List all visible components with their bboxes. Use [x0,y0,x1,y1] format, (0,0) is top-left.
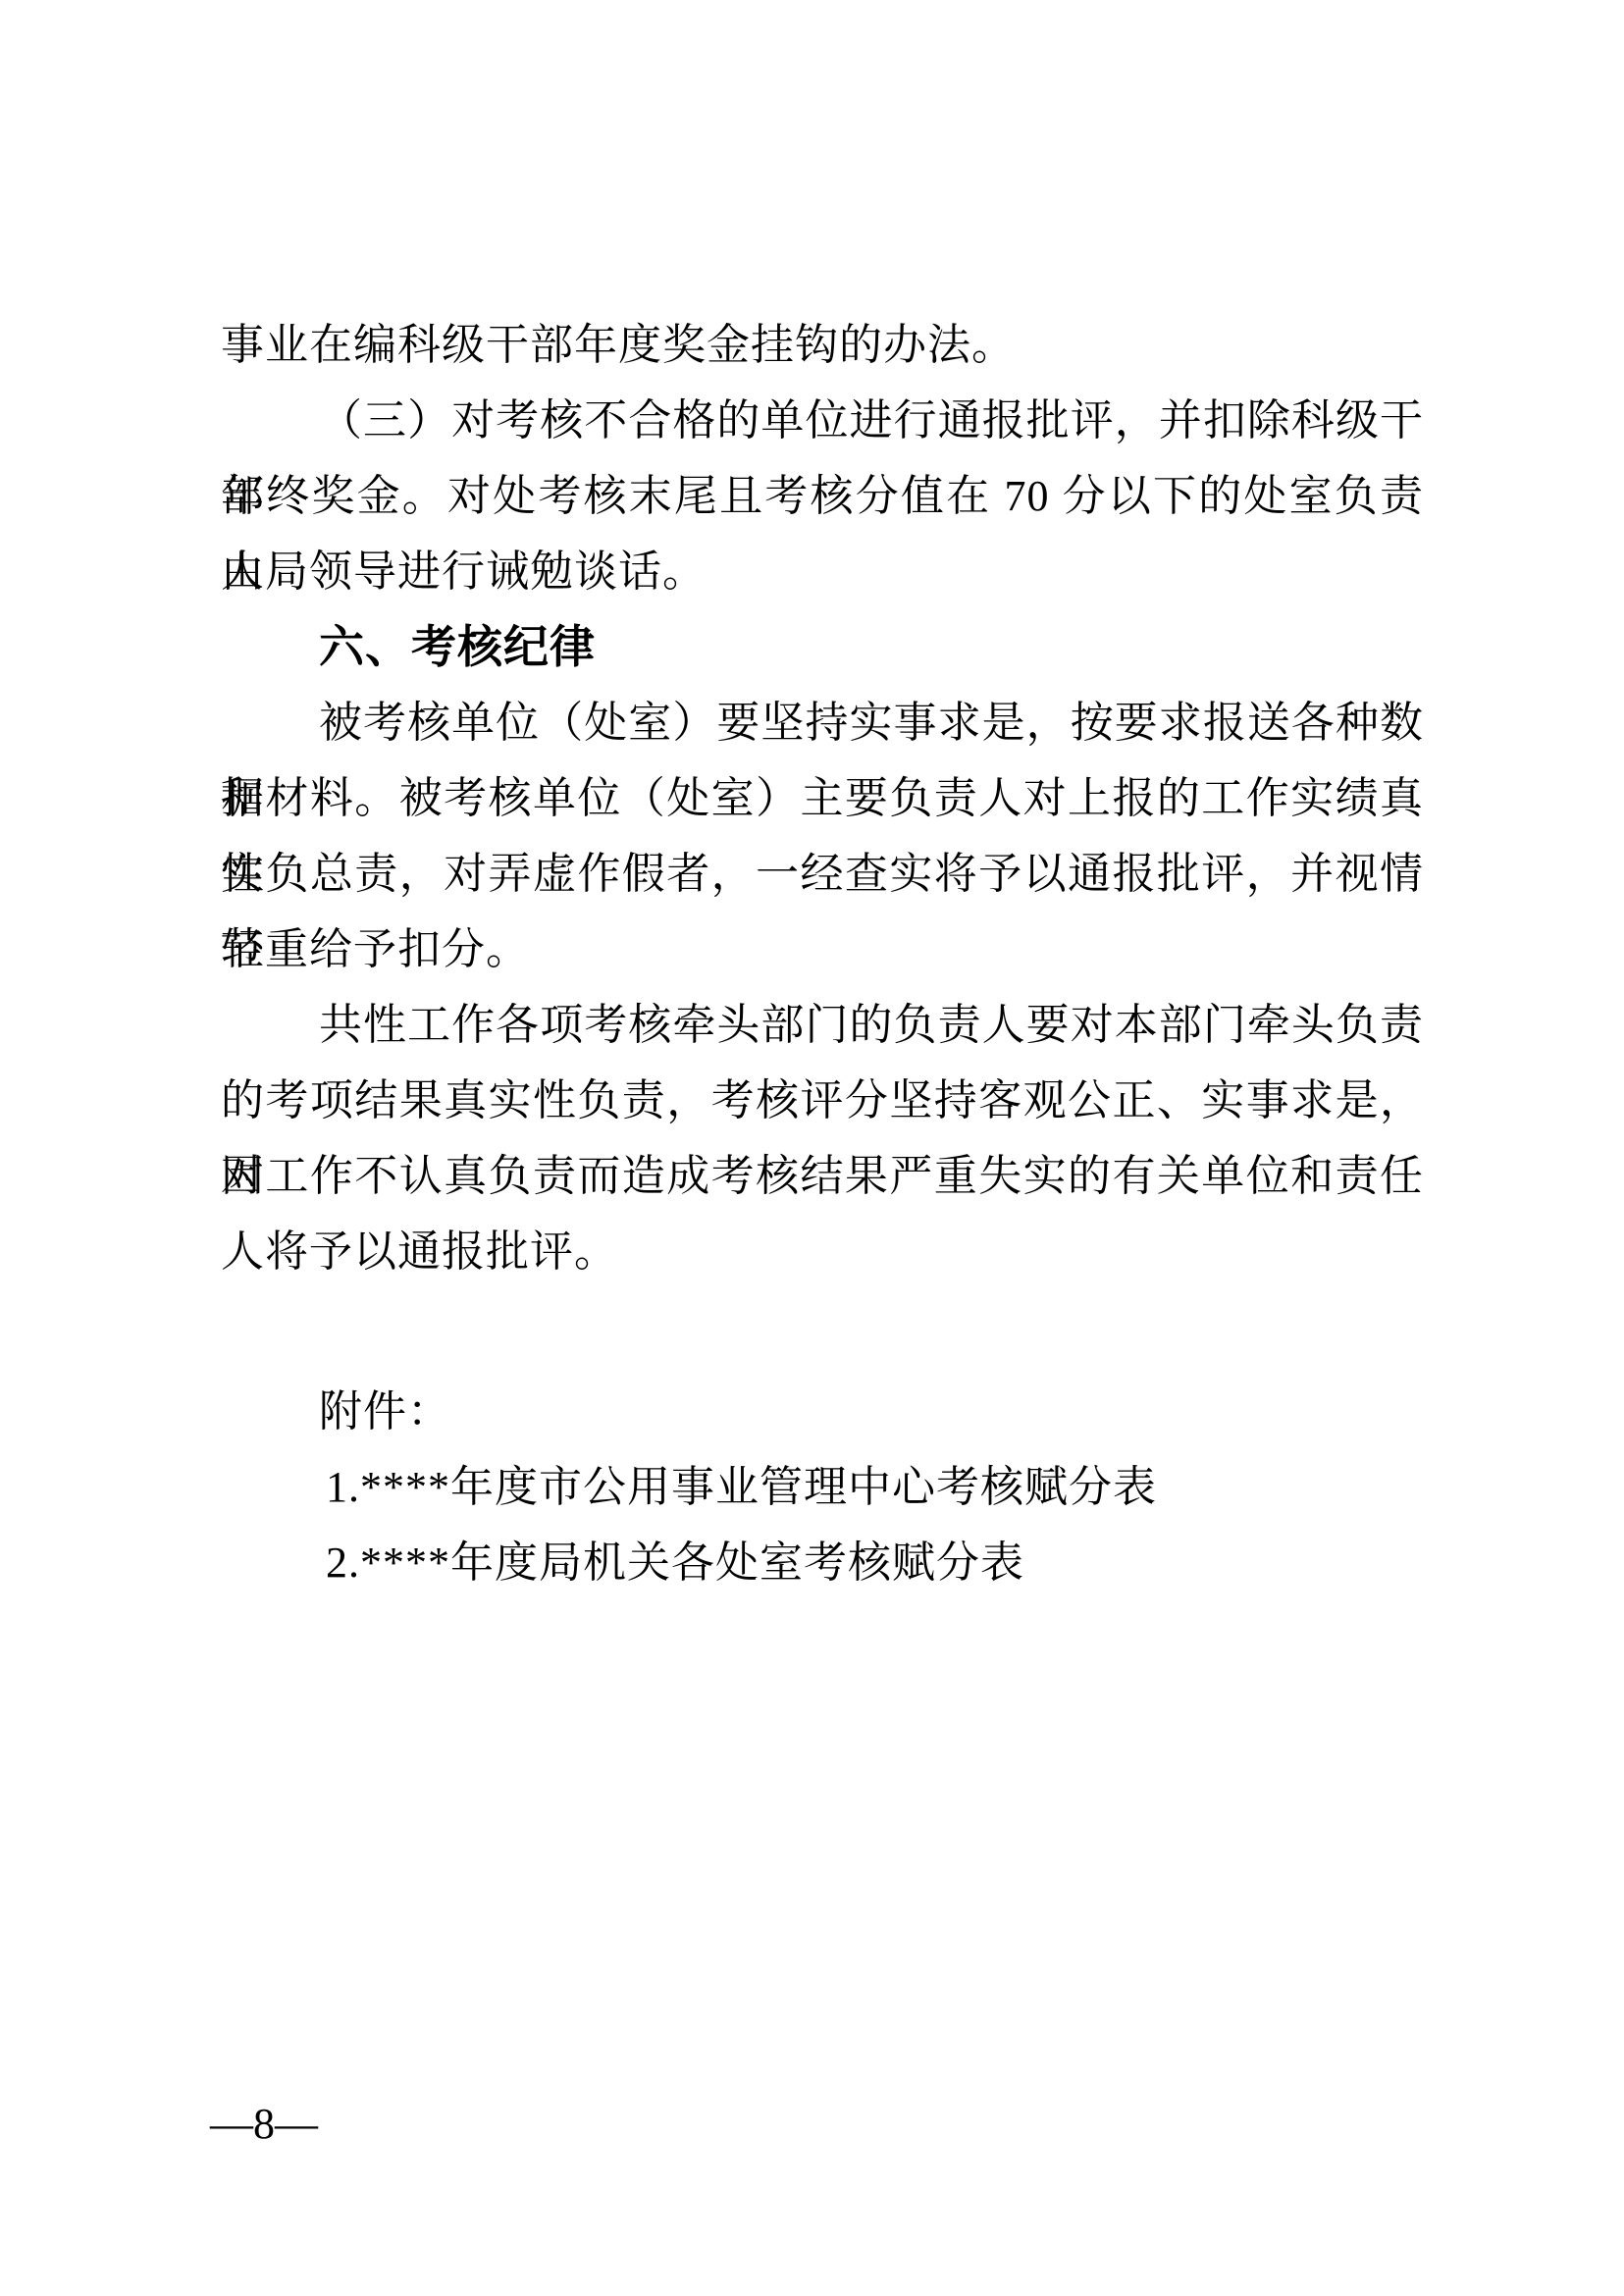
paragraph-continuation-line: 事业在编科级干部年度奖金挂钩的办法。 [221,307,1424,383]
attachment-item: 2.****年度局机关各处室考核赋分表 [221,1525,1424,1600]
paragraph-line: 被考核单位（处室）要坚持实事求是，按要求报送各种数据 [221,685,1424,760]
document-page: 事业在编科级干部年度奖金挂钩的办法。 （三）对考核不合格的单位进行通报批评，并扣… [0,0,1624,2296]
document-body: 事业在编科级干部年度奖金挂钩的办法。 （三）对考核不合格的单位进行通报批评，并扣… [221,307,1424,1600]
paragraph-line: 的考项结果真实性负责，考核评分坚持客观公正、实事求是，对 [221,1063,1424,1138]
paragraph-line: 因工作不认真负责而造成考核结果严重失实的有关单位和责任 [221,1138,1424,1214]
paragraph-line: 和材料。被考核单位（处室）主要负责人对上报的工作实绩真实 [221,760,1424,836]
paragraph-line: （三）对考核不合格的单位进行通报批评，并扣除科级干部 [221,383,1424,458]
page-number: —8— [210,2100,318,2149]
paragraph-line: 由局领导进行诫勉谈话。 [221,534,1424,609]
paragraph-line: 性负总责，对弄虚作假者，一经查实将予以通报批评，并视情节 [221,836,1424,912]
vertical-spacer [221,1289,1424,1374]
section-heading: 六、考核纪律 [221,609,1424,685]
paragraph-line: 共性工作各项考核牵头部门的负责人要对本部门牵头负责 [221,987,1424,1063]
paragraph-line: 轻重给予扣分。 [221,912,1424,987]
paragraph-line: 人将予以通报批评。 [221,1214,1424,1289]
attachment-item: 1.****年度市公用事业管理中心考核赋分表 [221,1449,1424,1525]
attachments-label: 附件： [221,1374,1424,1449]
paragraph-line: 年终奖金。对处考核末尾且考核分值在 70 分以下的处室负责人 [221,458,1424,534]
